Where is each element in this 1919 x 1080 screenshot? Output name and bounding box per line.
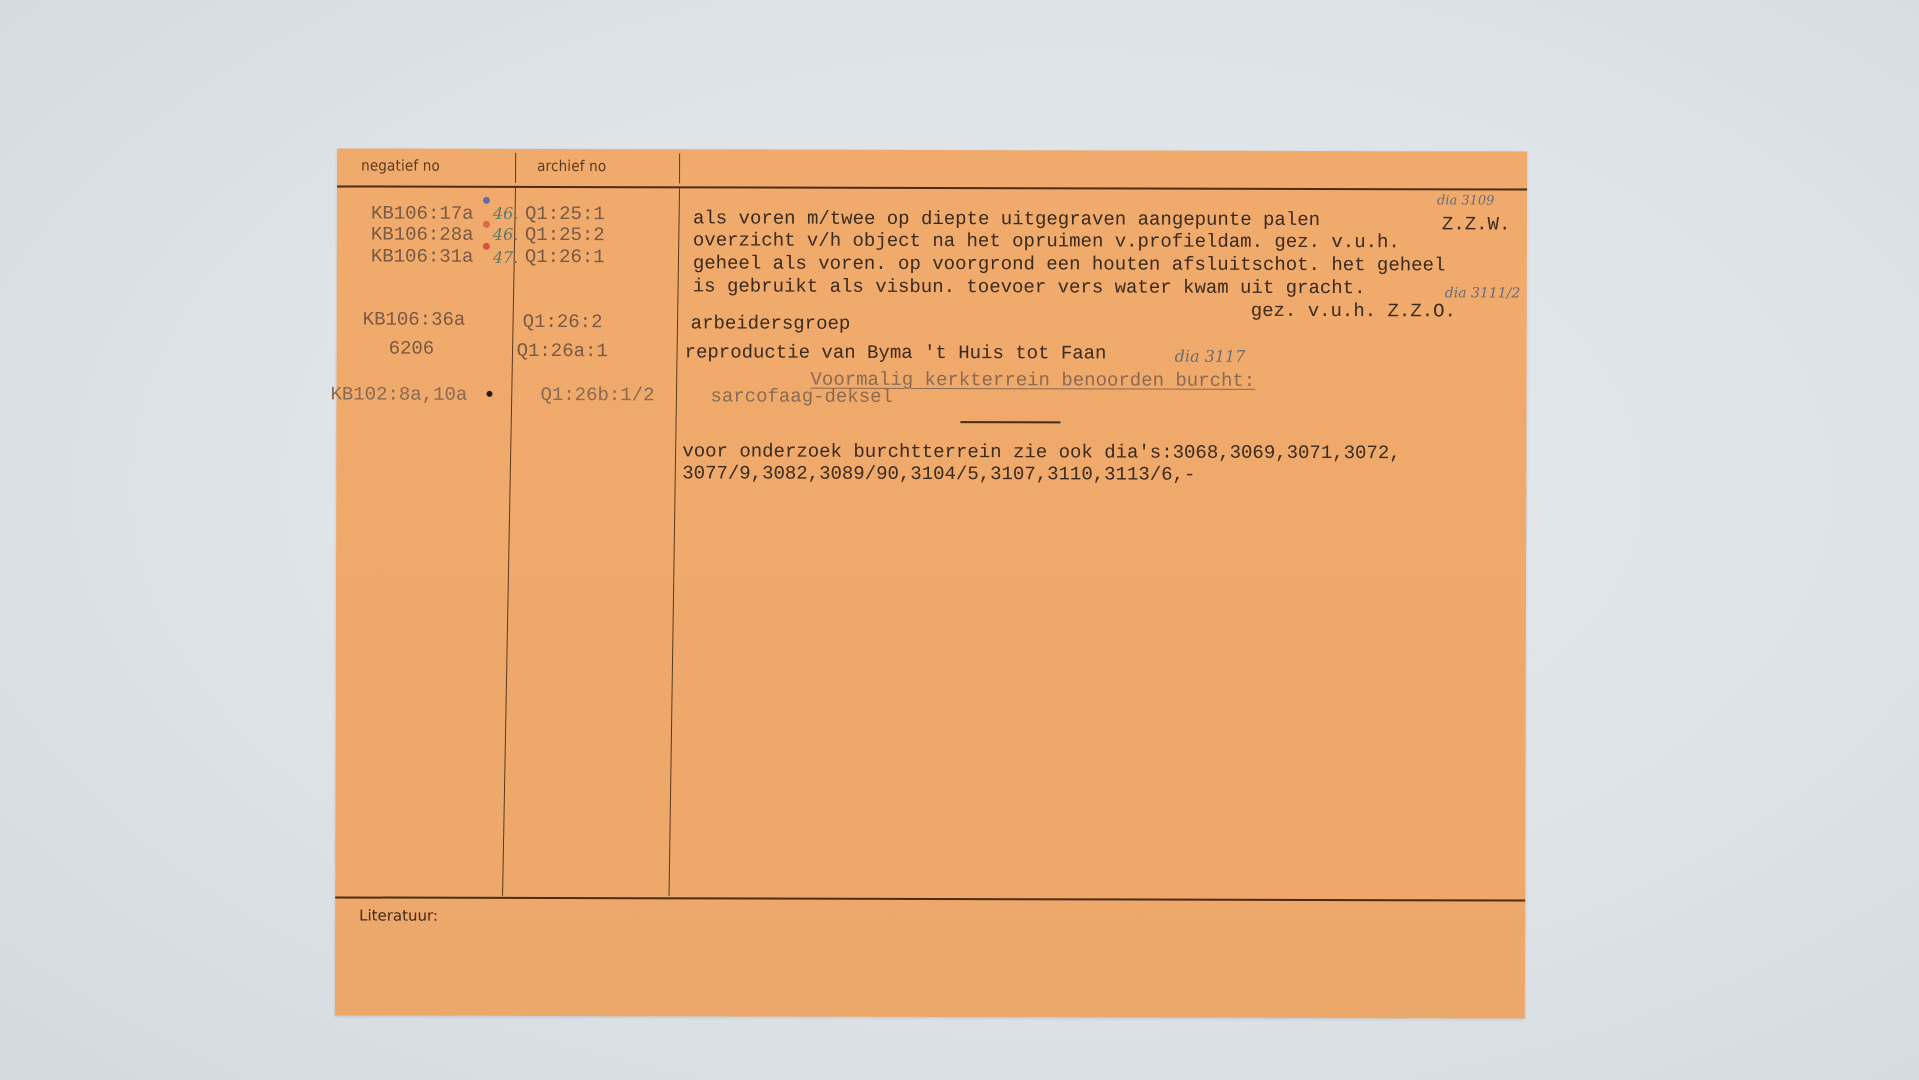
hand-note-dia: dia 3109 [1437,193,1494,208]
literature-rule [335,896,1525,901]
column-divider-2 [669,188,681,896]
reference-text: 3077/9,3082,3089/90,3104/5,3107,3110,311… [682,462,1195,485]
hand-note-dia: dia 3117 [1175,347,1246,366]
negatief-no: KB106:17a [371,203,474,225]
archief-no: Q1:25:2 [525,224,605,246]
archief-no: Q1:25:1 [525,203,605,225]
orientation-note: Z.Z.W. [1442,213,1510,235]
header-negatief-label: negatief no [361,157,440,175]
entry-description: als voren m/twee op diepte uitgegraven a… [693,207,1320,231]
reference-text: voor onderzoek burchtterrein zie ook dia… [682,440,1400,464]
header-divider-2 [679,153,680,183]
marker-dot [486,391,492,397]
index-card: negatief no archief no KB106:17a 46. Q1:… [335,148,1527,1018]
marker-dot [483,243,490,250]
negatief-no: KB106:36a [363,309,466,331]
archief-no: Q1:26b:1/2 [540,384,654,406]
hand-note-dia: dia 3111/2 [1445,285,1521,301]
hand-note: 47. [493,248,519,267]
entry-description: geheel als voren. op voorgrond een houte… [693,252,1446,276]
negatief-no: KB106:28a [371,224,474,246]
marker-dot [483,221,490,228]
hand-note: 46. [493,204,519,223]
header-divider-1 [515,153,516,183]
negatief-no: KB106:31a [371,246,474,268]
negatief-no: KB102:8a,10a [330,383,467,405]
entry-description: overzicht v/h object na het opruimen v.p… [693,229,1400,253]
entry-description: sarcofaag-deksel [710,385,892,407]
separator-rule [960,421,1060,423]
archief-no: Q1:26a:1 [517,340,608,362]
negatief-no: 6206 [389,338,435,360]
entry-description: reproductie van Byma 't Huis tot Faan [685,341,1107,364]
entry-description: arbeidersgroep [691,312,851,334]
column-divider-1 [502,188,516,896]
literature-label: Literatuur: [359,907,438,925]
entry-description: is gebruikt als visbun. toevoer vers wat… [693,275,1366,299]
header-archief-label: archief no [537,157,606,175]
entry-description: gez. v.u.h. Z.Z.O. [1251,300,1456,323]
marker-dot [483,197,490,204]
archief-no: Q1:26:2 [523,311,603,333]
archief-no: Q1:26:1 [525,246,605,268]
hand-note: 46. [493,225,519,244]
